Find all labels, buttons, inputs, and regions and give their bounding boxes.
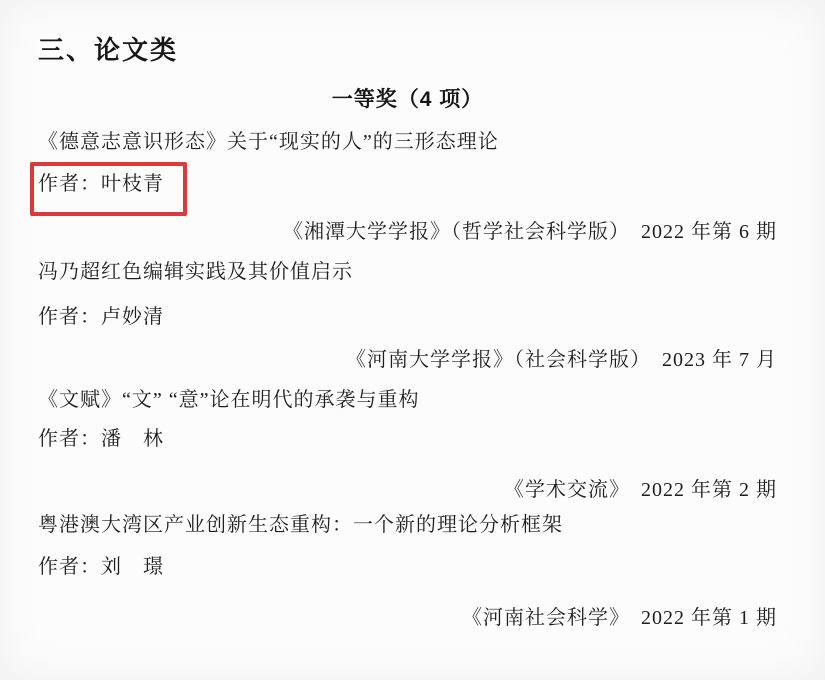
award-heading: 一等奖（4 项） [38, 86, 777, 114]
entry-1-author-line: 作者：叶枝青 [38, 170, 777, 198]
entry-4-author: 作者：刘 璟 [38, 553, 777, 581]
entry-1-author-wrap: 作者：叶枝青 [38, 173, 164, 195]
entry-3-author: 作者：潘 林 [38, 425, 777, 453]
entry-2-title: 冯乃超红色编辑实践及其价值启示 [38, 258, 777, 286]
entry-1-title: 《德意志意识形态》关于“现实的人”的三形态理论 [38, 128, 777, 156]
document-page: 三、论文类 一等奖（4 项） 《德意志意识形态》关于“现实的人”的三形态理论 作… [0, 0, 825, 680]
entry-3-journal: 《学术交流》 2022 年第 2 期 [38, 476, 777, 504]
entry-2-author: 作者：卢妙清 [38, 303, 777, 331]
entry-4-title: 粤港澳大湾区产业创新生态重构：一个新的理论分析框架 [38, 511, 777, 539]
section-heading: 三、论文类 [38, 34, 777, 66]
entry-2-journal: 《河南大学学报》（社会科学版） 2023 年 7 月 [38, 346, 777, 374]
entry-4-journal: 《河南社会科学》 2022 年第 1 期 [38, 604, 777, 632]
entry-3-title: 《文赋》“文” “意”论在明代的承袭与重构 [38, 386, 777, 414]
entry-1-journal: 《湘潭大学学报》（哲学社会科学版） 2022 年第 6 期 [38, 218, 777, 246]
entry-1-author: 作者：叶枝青 [38, 173, 164, 195]
